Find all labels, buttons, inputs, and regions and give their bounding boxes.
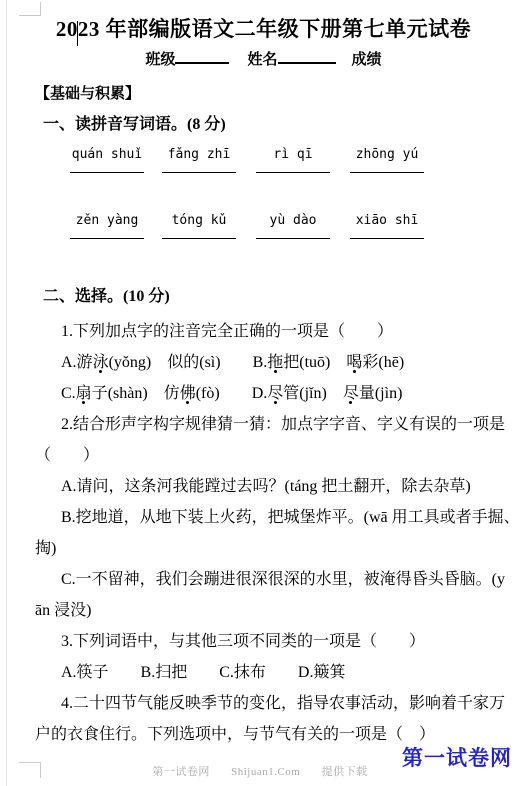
class-label: 班级 (145, 52, 175, 68)
dotted-char: 尽 (267, 385, 283, 402)
question-2-option-c-line1: C.一不留神，我们会蹦进很深很深的水里，被淹得昏头昏脑。(y (35, 564, 492, 595)
question-2-answer-blank: （ ） (35, 440, 492, 471)
question-3-stem: 3.下列词语中，与其他三项不同类的一项是（ ） (35, 626, 492, 657)
pinyin-blank[interactable]: zěn yàng (70, 212, 144, 239)
section-banner: 【基础与积累】 (35, 84, 492, 104)
pinyin-blank[interactable]: zhōng yú (350, 146, 424, 173)
pinyin-blank[interactable]: yù dào (256, 212, 330, 239)
dotted-char: 拖 (267, 354, 283, 371)
question-1-options-cd: C.扇子(shàn) 仿佛(fò) D.尽管(jǐn) 尽量(jìn) (35, 378, 492, 409)
question-2-option-b-line2: 掏) (35, 533, 492, 564)
pinyin-row-1: quán shuǐ fǎng zhī rì qī zhōng yú (35, 146, 492, 174)
watermark-site-name: 第一试卷网 (152, 766, 210, 778)
margin-mark-top-left (19, 2, 41, 16)
question-4-stem-line1: 4.二十四节气能反映季节的变化，指导农事活动，影响着千家万 (35, 688, 492, 719)
student-info-line: 班级姓名成绩 (35, 49, 492, 71)
question-2-option-b-line1: B.挖地道，从地下装上火药，把城堡炸平。(wā 用工具或者手掘、 (35, 502, 492, 533)
text-cursor (77, 21, 78, 46)
pinyin-blank[interactable]: fǎng zhī (162, 146, 236, 173)
pinyin-row-2: zěn yàng tóng kǔ yù dào xiāo shī (35, 212, 492, 240)
pinyin-blank[interactable]: quán shuǐ (70, 146, 144, 173)
section-one-heading: 一、读拼音写词语。(8 分) (35, 114, 492, 136)
question-3-options: A.筷子 B.扫把 C.抹布 D.簸箕 (35, 657, 492, 688)
dotted-char: 尽 (343, 385, 359, 402)
questions-block: 1.下列加点字的注音完全正确的一项是（ ） A.游泳(yǒng) 似的(sì) … (35, 316, 492, 750)
dotted-char: 扇 (76, 385, 92, 402)
dotted-char: 佛 (180, 385, 196, 402)
question-2-stem: 2.结合形声字构字规律猜一猜：加点字字音、字义有误的一项是 (35, 409, 492, 440)
document-body: 2023 年部编版语文二年级下册第七单元试卷 班级姓名成绩 【基础与积累】 一、… (0, 0, 520, 750)
pinyin-blank[interactable]: tóng kǔ (162, 212, 236, 239)
question-2-option-c-line2: ān 浸没) (35, 595, 492, 626)
class-blank[interactable] (175, 49, 229, 64)
question-1-stem: 1.下列加点字的注音完全正确的一项是（ ） (35, 316, 492, 347)
name-label: 姓名 (247, 52, 277, 68)
watermark-action: 提供下载 (322, 766, 368, 778)
pinyin-blank[interactable]: rì qī (256, 146, 330, 173)
score-label: 成绩 (352, 52, 382, 68)
question-2-option-a: A.请问，这条河我能蹚过去吗？(táng 把土翻开，除去杂草) (35, 471, 492, 502)
dotted-char: 泳 (93, 354, 109, 371)
document-page[interactable]: 2023 年部编版语文二年级下册第七单元试卷 班级姓名成绩 【基础与积累】 一、… (0, 0, 520, 786)
watermark-domain: Shijuan1.Com (231, 766, 300, 778)
question-1-options-ab: A.游泳(yǒng) 似的(sì) B.拖把(tuō) 喝彩(hē) (35, 347, 492, 378)
section-two-heading: 二、选择。(10 分) (35, 286, 492, 308)
dotted-char: 喝 (346, 354, 362, 371)
page-edge-line (6, 0, 7, 786)
site-brand-logo: 第一试卷网 (402, 742, 512, 772)
pinyin-blank[interactable]: xiāo shī (350, 212, 424, 239)
page-title: 2023 年部编版语文二年级下册第七单元试卷 (35, 14, 492, 44)
name-blank[interactable] (278, 49, 336, 64)
